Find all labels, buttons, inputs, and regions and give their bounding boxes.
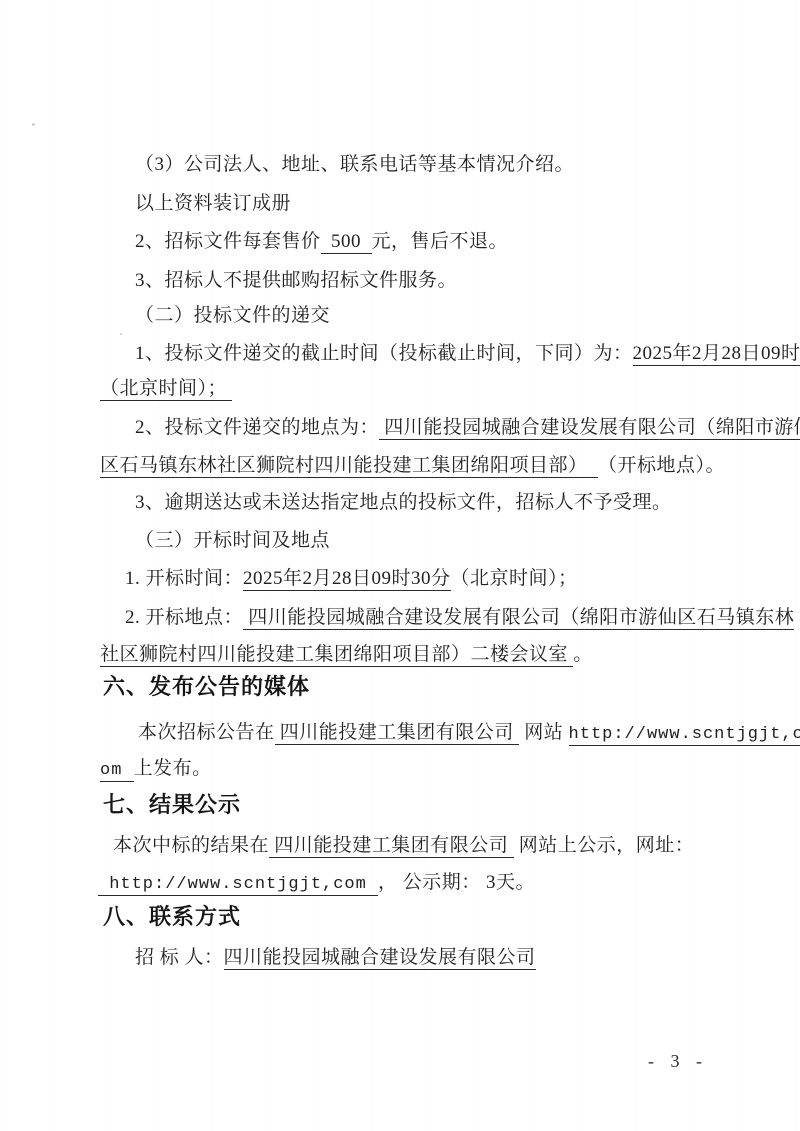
- text-segment: 元，售后不退。: [372, 231, 509, 252]
- underlined-text: http://www.scntjgjt,c: [569, 725, 800, 746]
- underlined-text: （北京时间）；: [100, 378, 232, 401]
- text-segment: 2. 开标地点：: [125, 607, 243, 628]
- para-results-line2: http://www.scntjgjt,com ， 公示期： 3天。: [98, 870, 535, 898]
- text-segment: 六、发布公告的媒体: [103, 674, 310, 699]
- underlined-text: om: [100, 761, 134, 782]
- text-segment: 八、联系方式: [103, 904, 241, 929]
- text-segment: 本次中标的结果在: [113, 835, 269, 856]
- text-segment: 网站: [519, 722, 569, 743]
- para-late-delivery: 3、逾期送达或未送达指定地点的投标文件，招标人不予受理。: [135, 490, 672, 516]
- text-segment: （开标地点）。: [598, 455, 725, 476]
- para-company-basic-info: （3）公司法人、地址、联系电话等基本情况介绍。: [135, 152, 574, 178]
- para-bid-deadline-line2: （北京时间）；: [100, 376, 232, 402]
- para-submission-place-line1: 2、投标文件递交的地点为： 四川能投园城融合建设发展有限公司（绵阳市游仙: [135, 415, 800, 441]
- heading-6-announcement-media: 六、发布公告的媒体: [103, 674, 310, 700]
- text-segment: 2、招标文件每套售价: [135, 231, 321, 252]
- text-segment: （北京时间）；: [451, 568, 578, 589]
- underlined-text: 2025年2月28日09时30: [633, 343, 800, 366]
- underlined-text: 四川能投建工集团有限公司: [269, 835, 514, 858]
- heading-7-results: 七、结果公示: [103, 792, 241, 818]
- underlined-text: 四川能投建工集团有限公司: [275, 722, 520, 745]
- text-segment: 上发布。: [134, 758, 212, 779]
- para-no-mail-service: 3、招标人不提供邮购招标文件服务。: [135, 268, 457, 294]
- subheading-section-3-opening: （三）开标时间及地点: [135, 528, 330, 554]
- text-segment: 网站上公示，网址：: [514, 835, 695, 856]
- text-segment: 3、逾期送达或未送达指定地点的投标文件，招标人不予受理。: [135, 492, 672, 513]
- document-page: （3）公司法人、地址、联系电话等基本情况介绍。以上资料装订成册2、招标文件每套售…: [0, 0, 800, 1131]
- para-opening-place-line1: 2. 开标地点： 四川能投园城融合建设发展有限公司（绵阳市游仙区石马镇东林: [125, 605, 794, 631]
- text-segment: 本次招标公告在: [138, 722, 275, 743]
- text-segment: （三）开标时间及地点: [135, 530, 330, 551]
- text-segment: 3、招标人不提供邮购招标文件服务。: [135, 270, 457, 291]
- para-announcement-line1: 本次招标公告在 四川能投建工集团有限公司 网站 http://www.scntj…: [138, 720, 800, 748]
- underlined-text: 500: [321, 231, 372, 254]
- underlined-text: 四川能投园城融合建设发展有限公司: [224, 947, 536, 970]
- underlined-text: 社区狮院村四川能投建工集团绵阳项目部）二楼会议室: [100, 644, 573, 667]
- underlined-text: 四川能投园城融合建设发展有限公司（绵阳市游仙: [379, 417, 800, 440]
- para-bid-deadline-line1: 1、投标文件递交的截止时间（投标截止时间，下同）为：2025年2月28日09时3…: [135, 341, 800, 367]
- underlined-text: http://www.scntjgjt,com: [98, 875, 378, 896]
- scan-speck: [120, 333, 122, 335]
- text-segment: （3）公司法人、地址、联系电话等基本情况介绍。: [135, 154, 574, 175]
- text-segment: （二）投标文件的递交: [135, 305, 330, 326]
- para-results-line1: 本次中标的结果在 四川能投建工集团有限公司 网站上公示，网址：: [113, 833, 694, 859]
- para-announcement-line2: om 上发布。: [100, 756, 212, 784]
- para-materials-bound: 以上资料装订成册: [135, 191, 291, 217]
- para-tenderer: 招 标 人：四川能投园城融合建设发展有限公司: [135, 945, 536, 971]
- scan-speck: [32, 123, 35, 126]
- text-segment: 。: [573, 644, 593, 665]
- heading-8-contact: 八、联系方式: [103, 904, 241, 930]
- text-segment: 以上资料装订成册: [135, 193, 291, 214]
- text-segment: 1. 开标时间：: [125, 568, 243, 589]
- text-segment: ， 公示期： 3天。: [378, 872, 535, 893]
- para-submission-place-line2: 区石马镇东林社区狮院村四川能投建工集团绵阳项目部） （开标地点）。: [100, 453, 725, 479]
- text-segment: 招 标 人：: [135, 947, 224, 968]
- para-doc-price: 2、招标文件每套售价 500 元，售后不退。: [135, 229, 508, 255]
- text-segment: 2、投标文件递交的地点为：: [135, 417, 379, 438]
- underlined-text: 2025年2月28日09时30分: [243, 568, 451, 591]
- text-segment: 1、投标文件递交的截止时间（投标截止时间，下同）为：: [135, 343, 633, 364]
- para-opening-time: 1. 开标时间：2025年2月28日09时30分（北京时间）；: [125, 566, 578, 592]
- text-segment: 七、结果公示: [103, 792, 241, 817]
- underlined-text: 区石马镇东林社区狮院村四川能投建工集团绵阳项目部）: [100, 455, 598, 478]
- subheading-section-2-submission: （二）投标文件的递交: [135, 303, 330, 329]
- para-opening-place-line2: 社区狮院村四川能投建工集团绵阳项目部）二楼会议室 。: [100, 642, 593, 668]
- underlined-text: 四川能投园城融合建设发展有限公司（绵阳市游仙区石马镇东林: [243, 607, 794, 630]
- page-number: - 3 -: [648, 1051, 708, 1072]
